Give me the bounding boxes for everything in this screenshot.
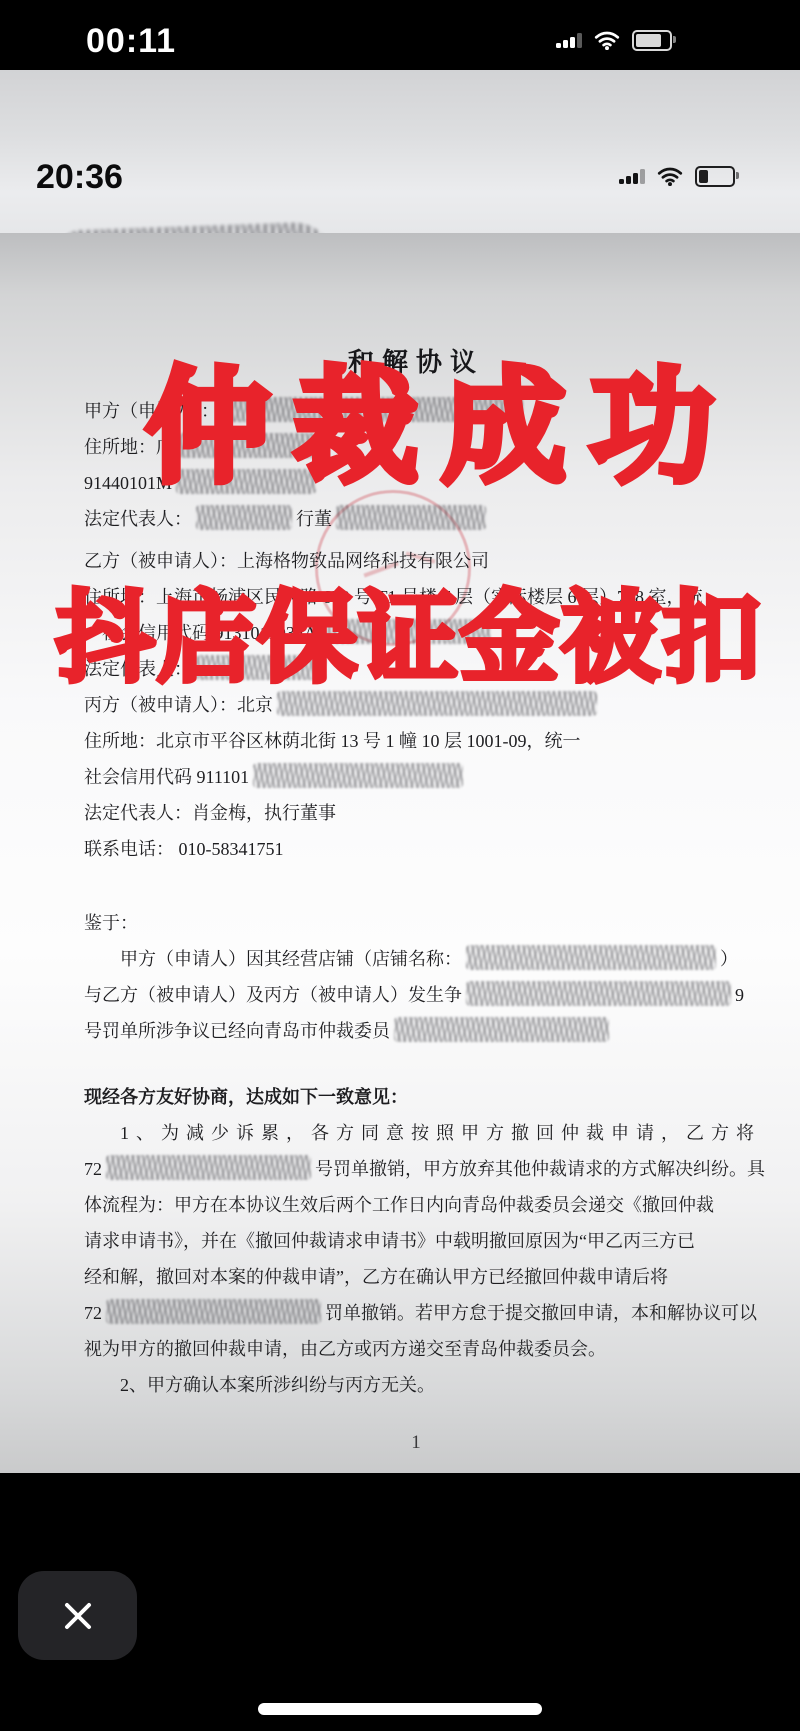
cellular-signal-icon [619,169,645,184]
redaction-scribble [253,763,463,788]
doc-line: 鉴于： [84,905,748,941]
cellular-signal-icon [556,33,582,48]
doc-line: 1、为减少诉累，各方同意按照甲方撤回仲裁申请，乙方将 [84,1115,748,1151]
doc-line: 乙方（被申请人）：上海格物致品网络科技有限公司 [84,543,748,579]
inner-status-icons [619,166,735,187]
outer-clock: 00:11 [86,22,176,61]
redaction-scribble [106,1299,321,1324]
doc-line: 2、甲方确认本案所涉纠纷与丙方无关。 [84,1367,748,1403]
doc-line: 甲方（申请人）因其经营店铺（店铺名称：） [84,941,748,977]
doc-line: 法定代表人：行董 [84,501,748,537]
doc-line: 体流程为：甲方在本协议生效后两个工作日内向青岛仲裁委员会递交《撤回仲裁 [84,1187,748,1223]
doc-line: 号罚单所涉争议已经向青岛市仲裁委员 [84,1013,748,1049]
redaction-scribble [106,1155,311,1180]
redaction-scribble [466,945,716,970]
wifi-icon [594,31,620,50]
screen: 00:11 20:36 设计...解协议签字版.pdf [0,0,800,1731]
inner-clock: 20:36 [36,158,123,197]
page-number: 1 [84,1425,748,1461]
battery-icon [632,30,672,51]
doc-line: 72罚单撤销。若甲方怠于提交撤回申请，本和解协议可以 [84,1295,748,1331]
doc-line: 现经各方友好协商，达成如下一致意见： [84,1079,748,1115]
redaction-scribble [277,691,597,716]
battery-icon [695,166,735,187]
doc-line: 住所地：北京市平谷区林荫北街 13 号 1 幢 10 层 1001-09，统一 [84,723,748,759]
close-icon [59,1597,97,1635]
inner-header: 20:36 设计...解协议签字版.pdf [0,70,800,233]
redaction-scribble [466,981,731,1006]
red-caption-bottom: 抖店保证金被扣 [56,588,763,687]
doc-line: 视为甲方的撤回仲裁申请，由乙方或丙方递交至青岛仲裁委员会。 [84,1331,748,1367]
redaction-scribble [394,1017,609,1042]
doc-line: 法定代表人：肖金梅，执行董事 [84,795,748,831]
redaction-scribble [196,505,292,530]
doc-line: 72号罚单撤销，甲方放弃其他仲裁请求的方式解决纠纷。具 [84,1151,748,1187]
doc-line: 社会信用代码 911101 [84,759,748,795]
pdf-page-view[interactable]: 和解协议 甲方（申请人）： 住所地：广 91440101M 法定代表人：行董 乙… [0,233,800,1473]
wifi-icon [657,167,683,186]
outer-status-icons [556,30,672,51]
home-indicator[interactable] [258,1703,542,1715]
doc-line: 与乙方（被申请人）及丙方（被申请人）发生争9 [84,977,748,1013]
close-button[interactable] [18,1571,137,1660]
redaction-scribble [336,505,486,530]
doc-line: 联系电话： 010-58341751 [84,831,748,867]
doc-line: 经和解，撤回对本案的仲裁申请”，乙方在确认甲方已经撤回仲裁申请后将 [84,1259,748,1295]
red-caption-top: 仲裁成功 [146,366,738,490]
doc-line: 请求申请书》，并在《撤回仲裁请求申请书》中载明撤回原因为“甲乙丙三方已 [84,1223,748,1259]
outer-status-bar: 00:11 [0,0,800,70]
